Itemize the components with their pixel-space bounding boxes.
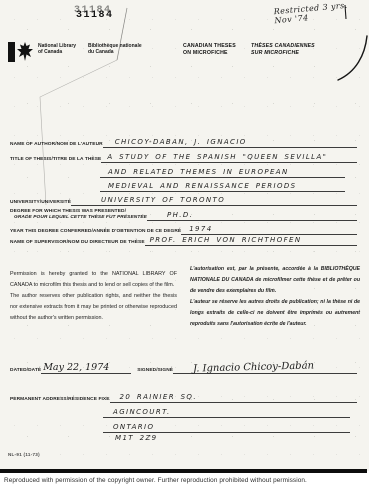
scanned-document-page: 31184 Restricted 3 yrs. Nov '74 National… — [0, 0, 369, 500]
field-underline: MEDIEVAL AND RENAISSANCE PERIODS — [100, 182, 345, 192]
field-title-value-line1: A STUDY OF THE SPANISH "QUEEN SEVILLA" — [107, 153, 327, 162]
field-degree: DEGREE FOR WHICH THESIS WAS PRESENTED/ G… — [10, 206, 357, 221]
field-author-label: NAME OF AUTHOR/NOM DE L'AUTEUR — [10, 142, 103, 148]
permission-french-para1: L'autorisation est, par la présente, acc… — [190, 264, 360, 297]
stamp-number: 31184 — [76, 10, 114, 21]
field-title-value-line2: AND RELATED THEMES IN EUROPEAN — [108, 168, 289, 177]
series-title-fr: THÈSES CANADIENNES SUR MICROFICHE — [251, 43, 315, 56]
series-title-fr-line1: THÈSES CANADIENNES — [251, 43, 315, 50]
field-author: NAME OF AUTHOR/NOM DE L'AUTEUR CHICOY-DA… — [10, 135, 357, 148]
field-title: TITLE OF THESIS/TITRE DE LA THÈSE A STUD… — [10, 150, 357, 163]
copyright-notice: Reproduced with permission of the copyri… — [4, 477, 307, 484]
canada-flag-icon — [8, 42, 34, 62]
field-title-continuation1: AND RELATED THEMES IN EUROPEAN — [100, 165, 345, 178]
dated-value: May 22, 1974 — [43, 362, 109, 373]
field-supervisor: NAME OF SUPERVISOR/NOM DU DIRECTEUR DE T… — [10, 233, 357, 246]
scan-edge-bar — [0, 469, 367, 473]
permission-french-para2: L'auteur se réserve les autres droits de… — [190, 297, 360, 330]
permission-english-para2: The author reserves other publication ri… — [10, 291, 177, 324]
library-name-en-line2: of Canada — [38, 49, 76, 55]
field-university-value: UNIVERSITY OF TORONTO — [101, 196, 225, 205]
field-address-label: PERMANENT ADDRESS/RÉSIDENCE FIXE — [10, 397, 110, 403]
field-address-line2: AGINCOURT. — [113, 408, 171, 417]
field-address: PERMANENT ADDRESS/RÉSIDENCE FIXE 20 RAIN… — [10, 390, 357, 403]
field-underline: 20 RAINIER SQ. — [110, 393, 357, 403]
form-number: NL-91 (11-73) — [8, 452, 40, 457]
field-underline: AND RELATED THEMES IN EUROPEAN — [100, 168, 345, 178]
signature-row: DATED/DATÉ May 22, 1974 SIGNED/SIGNÉ J. … — [10, 359, 357, 374]
field-underline: AGINCOURT. — [103, 408, 350, 418]
signed-label: SIGNED/SIGNÉ — [137, 368, 173, 374]
field-address-line3: ONTARIO — [113, 423, 154, 432]
signature-value: J. Ignacio Chicoy-Dabán — [193, 360, 314, 374]
permission-english-para1: Permission is hereby granted to the NATI… — [10, 269, 177, 291]
library-name-fr: Bibliothèque nationale du Canada — [88, 43, 142, 55]
field-degree-value: PH.D. — [167, 211, 193, 220]
permission-text-french: L'autorisation est, par la présente, acc… — [190, 264, 360, 330]
library-name-en: National Library of Canada — [38, 43, 76, 55]
field-underline: PH.D. — [147, 211, 357, 221]
field-degree-label-line2: GRADE POUR LEQUEL CETTE THÈSE FUT PRÉSEN… — [10, 215, 147, 220]
field-underline: A STUDY OF THE SPANISH "QUEEN SEVILLA" — [101, 153, 357, 163]
field-degree-label: DEGREE FOR WHICH THESIS WAS PRESENTED/ G… — [10, 209, 147, 221]
field-underline: May 22, 1974 — [41, 362, 131, 374]
field-supervisor-label: NAME OF SUPERVISOR/NOM DU DIRECTEUR DE T… — [10, 240, 145, 246]
field-title-label: TITLE OF THESIS/TITRE DE LA THÈSE — [10, 157, 101, 163]
field-address-line1: 20 RAINIER SQ. — [120, 393, 197, 402]
field-underline: ONTARIO — [103, 423, 350, 433]
permission-text-english: Permission is hereby granted to the NATI… — [10, 269, 177, 324]
series-title-en: CANADIAN THESES ON MICROFICHE — [183, 43, 236, 56]
field-address-line4: M1T 2Z9 — [115, 434, 158, 443]
field-university: UNIVERSITY/UNIVERSITÉ UNIVERSITY OF TORO… — [10, 193, 357, 206]
field-title-continuation2: MEDIEVAL AND RENAISSANCE PERIODS — [100, 179, 345, 192]
field-supervisor-value: PROF. ERICH VON RICHTHOFEN — [150, 236, 302, 245]
field-underline: CHICOY-DABAN, J. IGNACIO — [103, 138, 357, 148]
series-title-fr-line2: SUR MICROFICHE — [251, 50, 315, 57]
series-title-en-line1: CANADIAN THESES — [183, 43, 236, 50]
field-title-value-line3: MEDIEVAL AND RENAISSANCE PERIODS — [108, 182, 297, 191]
field-address-continuation1: AGINCOURT. — [103, 405, 350, 418]
dated-label: DATED/DATÉ — [10, 368, 41, 374]
series-title-en-line2: ON MICROFICHE — [183, 50, 236, 57]
field-underline: UNIVERSITY OF TORONTO — [71, 196, 357, 206]
field-author-value: CHICOY-DABAN, J. IGNACIO — [115, 138, 247, 147]
field-underline: J. Ignacio Chicoy-Dabán — [173, 362, 357, 374]
field-address-continuation2: ONTARIO — [103, 420, 350, 433]
field-underline: PROF. ERICH VON RICHTHOFEN — [145, 236, 357, 246]
library-name-fr-line2: du Canada — [88, 49, 142, 55]
